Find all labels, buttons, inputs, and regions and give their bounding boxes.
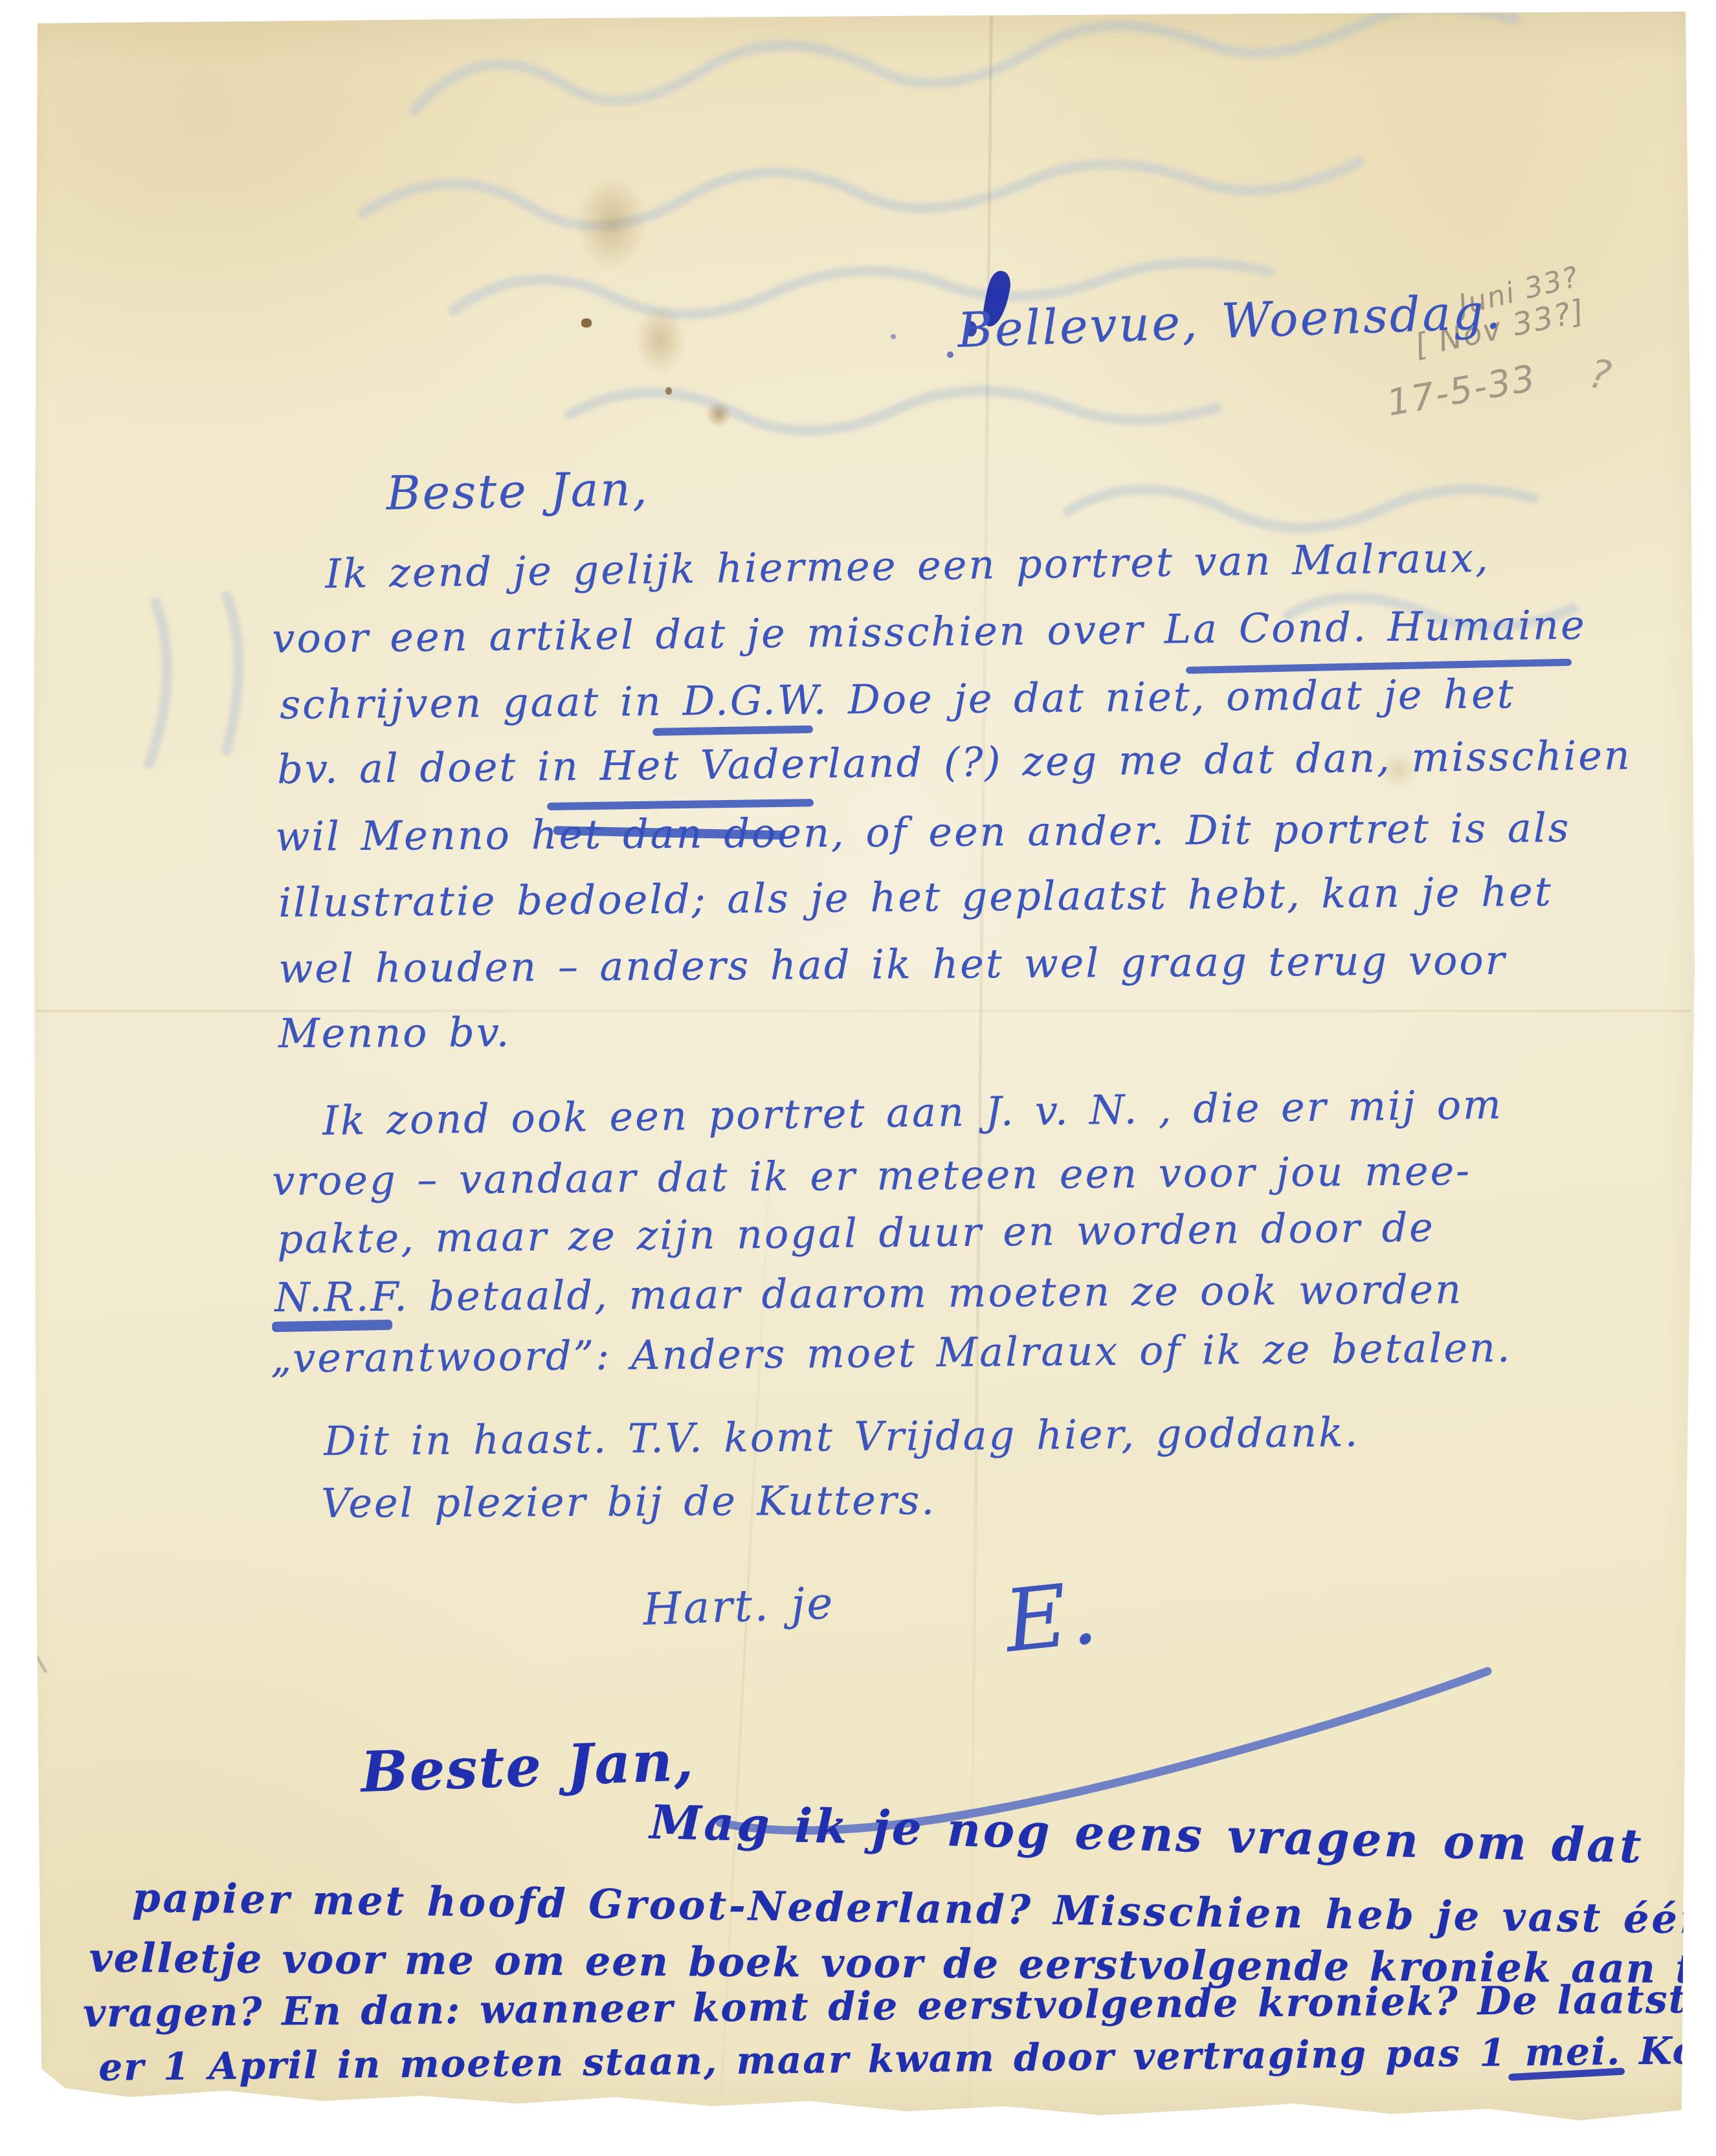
postscript-line: Mag ik je nog eens vragen om dat [649,1794,1644,1873]
letter-line: schrijven gaat in D.G.W. Doe je dat niet… [280,670,1515,728]
letter-line: illustratie bedoeld; als je het geplaats… [278,868,1553,926]
letter-line: Ik zond ook een portret aan J. v. N. , d… [322,1081,1503,1144]
foxing-spot [706,401,731,427]
letter-line: Menno bv. [278,1008,511,1057]
letter-line: wel houden – anders had ik het wel graag… [278,937,1507,992]
letter-line: wil Menno het dan doen, of een ander. Di… [275,804,1571,860]
pencil-annotation-date: 17-5-33 [1384,357,1539,425]
letter-line: N.R.F. betaald, maar daarom moeten ze oo… [274,1265,1463,1321]
postscript-line: papier met hoofd Groot-Nederland? Missch… [132,1874,1712,1943]
underline-nrf [272,1320,392,1332]
letter-line: bv. al doet in Het Vaderland (?) zeg me … [277,731,1632,793]
signature: E. [1000,1563,1104,1672]
foxing-spot [665,387,672,395]
underline-dgw [652,726,813,736]
salutation: Beste Jan, [386,461,649,520]
letter-line: Ik zend je gelijk hiermee een portret va… [325,534,1490,597]
underline-het-vaderland-1 [547,799,814,810]
letter-page: Juni 33? [ Nov 33?] 17-5-33 ? Bellevue, … [0,0,1716,2156]
pencil-annotation-question-mark: ? [1585,350,1616,400]
foxing-spot [634,304,686,375]
postscript-salutation: Beste Jan, [360,1728,695,1805]
foxing-spot [576,175,647,272]
letter-line: „verantwoord”: Anders moet Malraux of ik… [271,1324,1512,1382]
foxing-spot [581,318,592,328]
letter-line: pakte, maar ze zijn nogal duur en worden… [277,1203,1435,1263]
postscript-line: vragen? En dan: wanneer komt die eerstvo… [83,1976,1716,2036]
postscript-line: er 1 April in moeten staan, maar kwam do… [98,2027,1716,2089]
letter-line: Dit in haast. T.V. komt Vrijdag hier, go… [324,1408,1360,1465]
letter-line: voor een artikel dat je misschien over L… [272,601,1587,662]
letter-line: Veel plezier bij de Kutters. [321,1476,936,1527]
letter-line: vroeg – vandaar dat ik er meteen een voo… [272,1147,1471,1205]
closing: Hart. je [642,1578,836,1636]
